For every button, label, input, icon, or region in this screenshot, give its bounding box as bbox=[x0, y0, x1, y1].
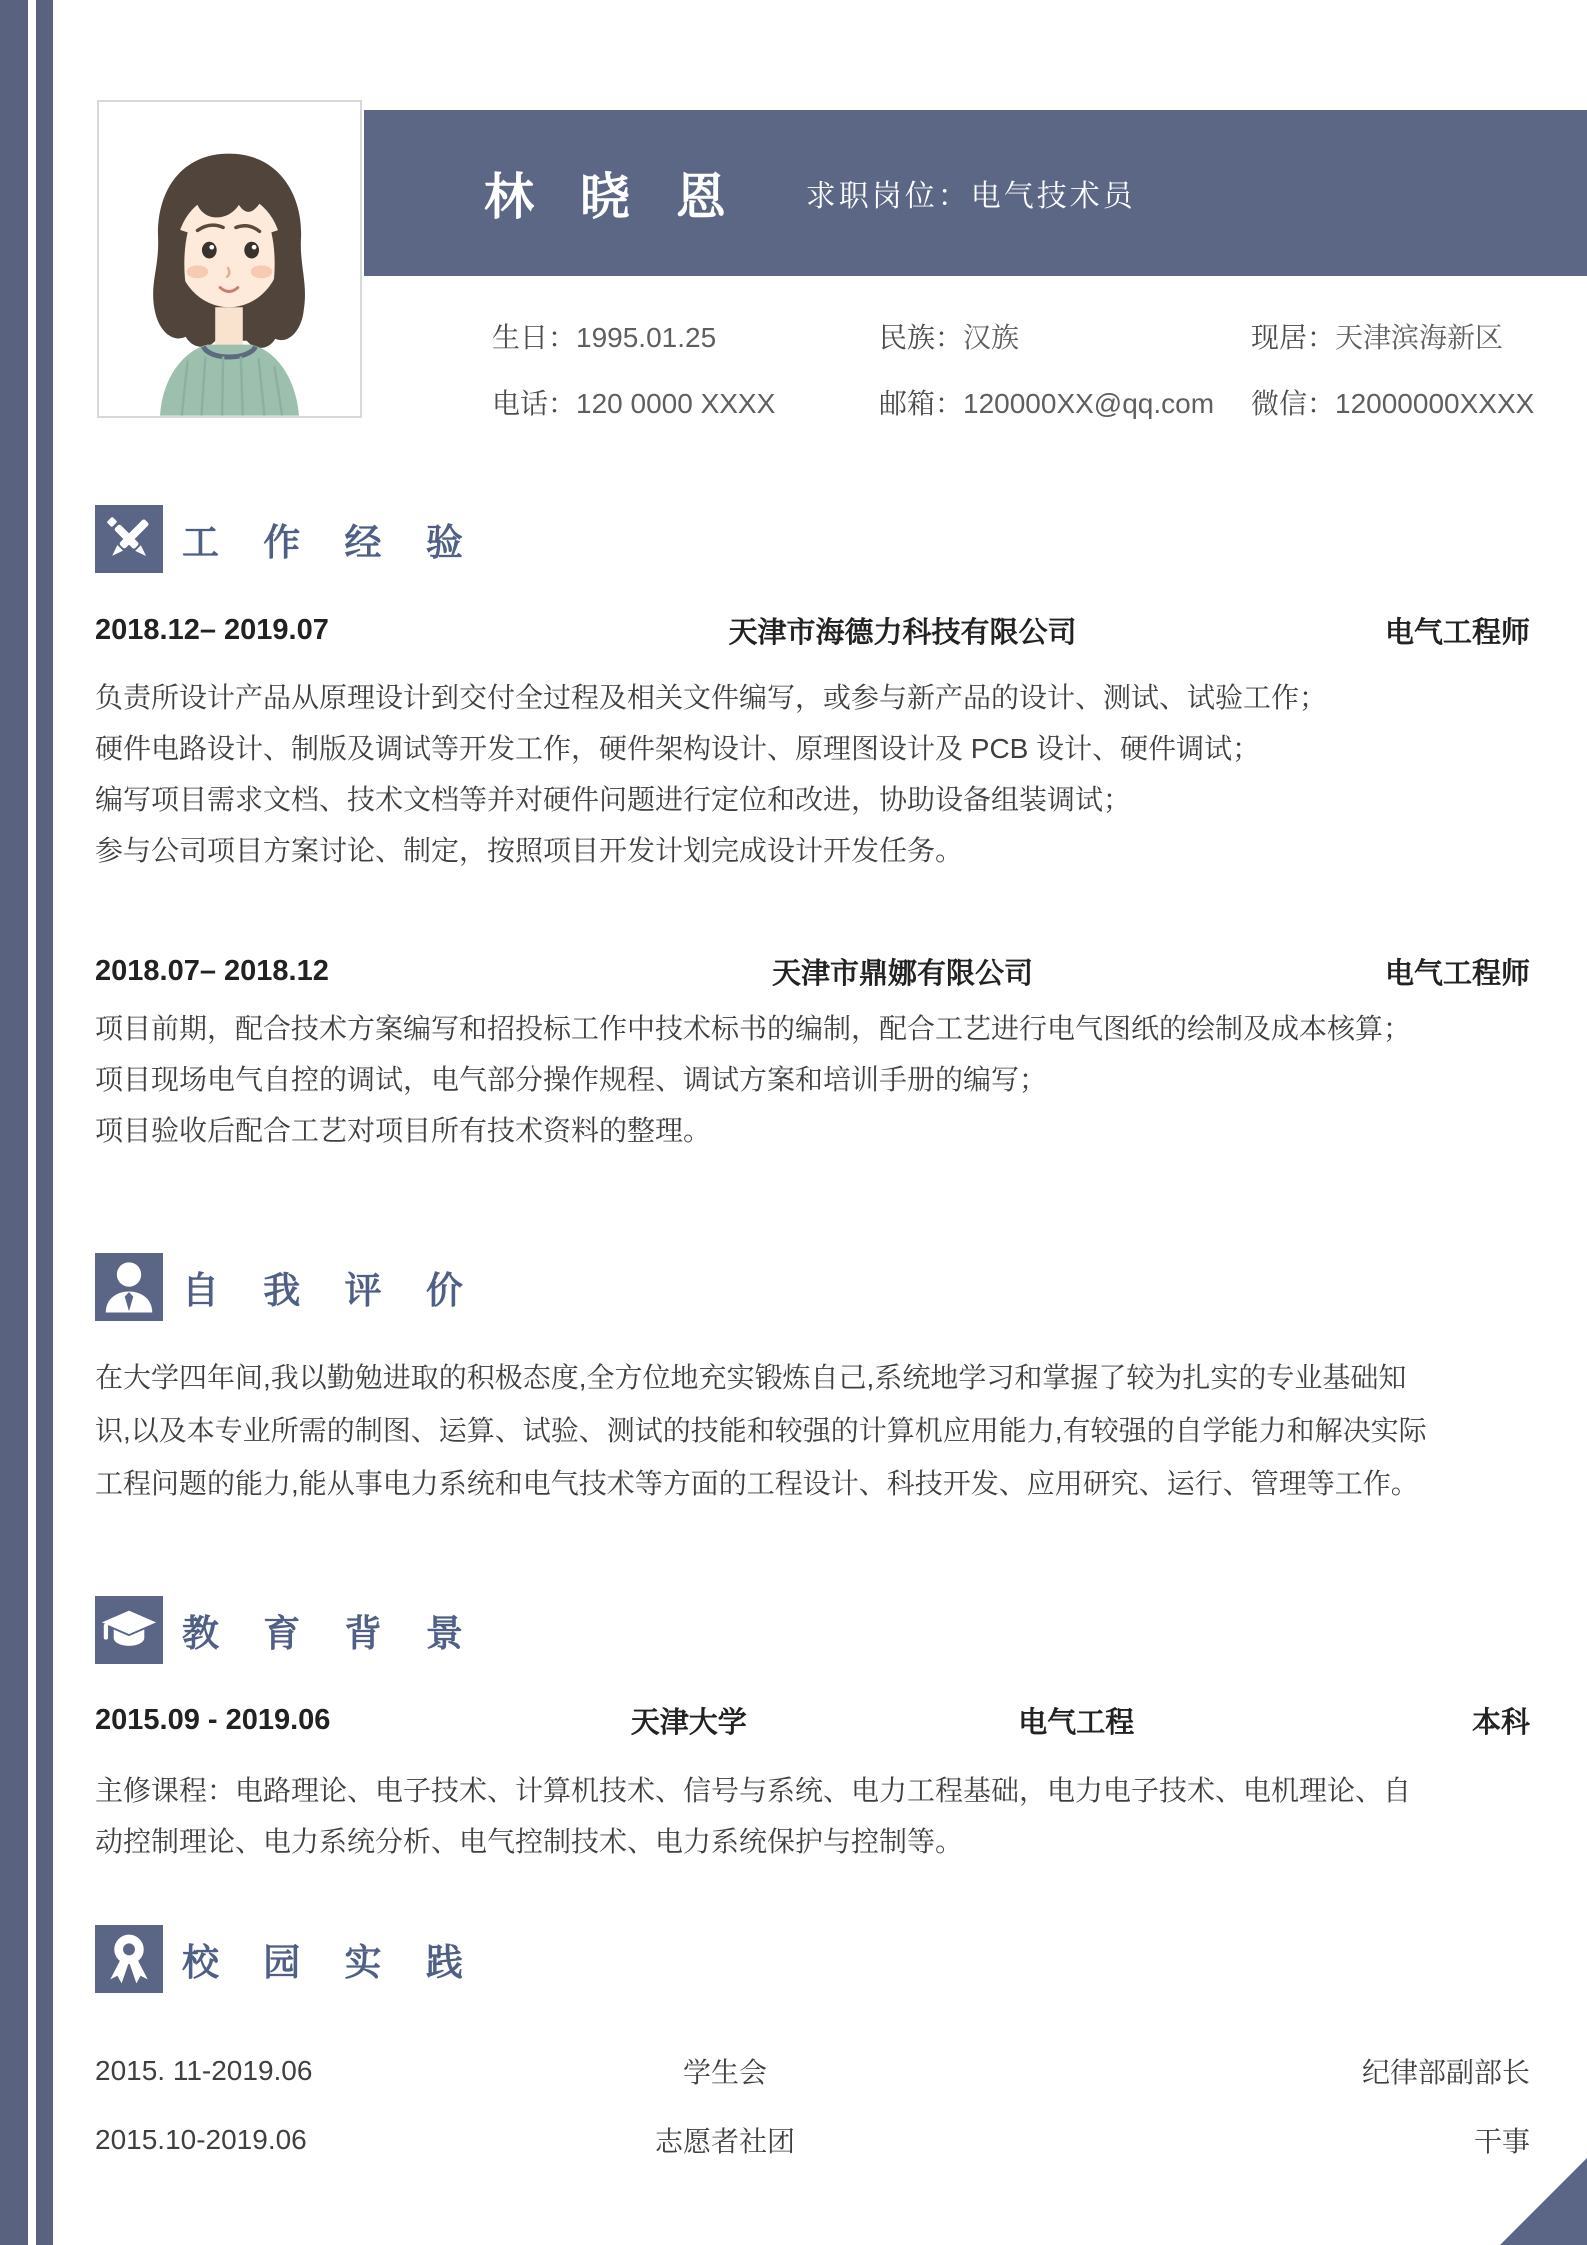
work-entry-details: 负责所设计产品从原理设计到交付全过程及相关文件编写，或参与新产品的设计、测试、试… bbox=[95, 672, 1532, 876]
entry-company: 天津市海德力科技有限公司 bbox=[575, 610, 1230, 651]
person-icon bbox=[95, 1253, 163, 1321]
campus-row: 2015. 11-2019.06 学生会 纪律部副部长 bbox=[95, 2051, 1530, 2091]
campus-org: 志愿者社团 bbox=[425, 2120, 1025, 2160]
info-value: 12000000XXXX bbox=[1335, 388, 1534, 419]
campus-role: 干事 bbox=[1025, 2120, 1530, 2160]
entry-line: 参与公司项目方案讨论、制定，按照项目开发计划完成设计开发任务。 bbox=[95, 825, 1532, 876]
entry-company: 天津市鼎娜有限公司 bbox=[575, 951, 1230, 992]
graduation-cap-icon bbox=[95, 1596, 163, 1664]
candidate-name: 林 晓 恩 bbox=[484, 157, 742, 229]
entry-role: 电气工程师 bbox=[1230, 610, 1530, 651]
education-major: 电气工程 bbox=[883, 1700, 1271, 1741]
medal-icon bbox=[95, 1925, 163, 1993]
header-band: 林 晓 恩 求职岗位：电气技术员 bbox=[364, 110, 1587, 276]
education-row: 2015.09 - 2019.06 天津大学 电气工程 本科 bbox=[95, 1700, 1530, 1740]
work-entry-details: 项目前期，配合技术方案编写和招投标工作中技术标书的编制，配合工艺进行电气图纸的绘… bbox=[95, 1003, 1532, 1156]
info-label: 民族： bbox=[879, 320, 963, 356]
education-period: 2015.09 - 2019.06 bbox=[95, 1704, 495, 1737]
campus-section-title: 校 园 实 践 bbox=[182, 1925, 480, 1993]
self-eval-line: 在大学四年间,我以勤勉进取的积极态度,全方位地充实锻炼自己,系统地学习和掌握了较… bbox=[95, 1351, 1532, 1404]
work-section-icon bbox=[95, 505, 163, 573]
self-eval-section-title: 自 我 评 价 bbox=[182, 1253, 480, 1321]
side-stripe-outer bbox=[0, 0, 28, 2245]
work-section-title: 工 作 经 验 bbox=[182, 505, 480, 573]
course-line: 主修课程：电路理论、电子技术、计算机技术、信号与系统、电力工程基础，电力电子技术… bbox=[95, 1765, 1532, 1816]
info-label: 邮箱： bbox=[879, 386, 963, 422]
campus-section-icon bbox=[95, 1925, 163, 1993]
campus-role: 纪律部副部长 bbox=[1025, 2051, 1530, 2091]
self-eval-line: 工程问题的能力,能从事电力系统和电气技术等方面的工程设计、科技开发、应用研究、运… bbox=[95, 1457, 1532, 1510]
education-section-icon bbox=[95, 1596, 163, 1664]
self-eval-paragraph: 在大学四年间,我以勤勉进取的积极态度,全方位地充实锻炼自己,系统地学习和掌握了较… bbox=[95, 1351, 1532, 1510]
profile-photo-frame bbox=[97, 100, 362, 418]
work-entry-header: 2018.07– 2018.12 天津市鼎娜有限公司 电气工程师 bbox=[95, 951, 1530, 991]
campus-row: 2015.10-2019.06 志愿者社团 干事 bbox=[95, 2120, 1530, 2160]
info-phone: 电话：120 0000 XXXX bbox=[492, 386, 775, 422]
entry-period: 2018.07– 2018.12 bbox=[95, 955, 575, 988]
info-birth: 生日：1995.01.25 bbox=[492, 320, 716, 356]
job-position: 求职岗位：电气技术员 bbox=[806, 171, 1136, 215]
campus-period: 2015.10-2019.06 bbox=[95, 2124, 425, 2156]
info-label: 微信： bbox=[1251, 386, 1335, 422]
self-eval-line: 识,以及本专业所需的制图、运算、试验、测试的技能和较强的计算机应用能力,有较强的… bbox=[95, 1404, 1532, 1457]
entry-line: 负责所设计产品从原理设计到交付全过程及相关文件编写，或参与新产品的设计、测试、试… bbox=[95, 672, 1532, 723]
entry-line: 编写项目需求文档、技术文档等并对硬件问题进行定位和改进，协助设备组装调试； bbox=[95, 774, 1532, 825]
self-eval-section-icon bbox=[95, 1253, 163, 1321]
info-email: 邮箱：120000XX@qq.com bbox=[879, 386, 1214, 422]
entry-period: 2018.12– 2019.07 bbox=[95, 614, 575, 647]
entry-role: 电气工程师 bbox=[1230, 951, 1530, 992]
info-label: 电话： bbox=[492, 386, 576, 422]
info-wechat: 微信：12000000XXXX bbox=[1251, 386, 1534, 422]
resume-page: 林 晓 恩 求职岗位：电气技术员 生日：1995.01.25 电话：120 00… bbox=[0, 0, 1587, 2245]
education-school: 天津大学 bbox=[495, 1700, 883, 1741]
portrait-illustration bbox=[99, 102, 360, 416]
entry-line: 项目验收后配合工艺对项目所有技术资料的整理。 bbox=[95, 1105, 1532, 1156]
pens-icon bbox=[95, 505, 163, 573]
campus-org: 学生会 bbox=[425, 2051, 1025, 2091]
info-value: 120000XX@qq.com bbox=[963, 388, 1214, 419]
info-value: 天津滨海新区 bbox=[1335, 322, 1503, 353]
education-courses: 主修课程：电路理论、电子技术、计算机技术、信号与系统、电力工程基础，电力电子技术… bbox=[95, 1765, 1532, 1867]
campus-period: 2015. 11-2019.06 bbox=[95, 2055, 425, 2087]
entry-line: 项目现场电气自控的调试，电气部分操作规程、调试方案和培训手册的编写； bbox=[95, 1054, 1532, 1105]
corner-triangle bbox=[1500, 2158, 1587, 2245]
entry-line: 项目前期，配合技术方案编写和招投标工作中技术标书的编制，配合工艺进行电气图纸的绘… bbox=[95, 1003, 1532, 1054]
work-entry-header: 2018.12– 2019.07 天津市海德力科技有限公司 电气工程师 bbox=[95, 610, 1530, 650]
education-section-title: 教 育 背 景 bbox=[182, 1596, 480, 1664]
info-value: 120 0000 XXXX bbox=[576, 388, 775, 419]
info-value: 汉族 bbox=[963, 322, 1019, 353]
course-line: 动控制理论、电力系统分析、电气控制技术、电力系统保护与控制等。 bbox=[95, 1816, 1532, 1867]
info-city: 现居：天津滨海新区 bbox=[1251, 320, 1503, 356]
side-stripe-inner bbox=[36, 0, 53, 2245]
education-degree: 本科 bbox=[1270, 1700, 1530, 1741]
entry-line: 硬件电路设计、制版及调试等开发工作，硬件架构设计、原理图设计及 PCB 设计、硬… bbox=[95, 723, 1532, 774]
info-label: 生日： bbox=[492, 320, 576, 356]
info-ethnic: 民族：汉族 bbox=[879, 320, 1019, 356]
info-label: 现居： bbox=[1251, 320, 1335, 356]
info-value: 1995.01.25 bbox=[576, 322, 716, 353]
